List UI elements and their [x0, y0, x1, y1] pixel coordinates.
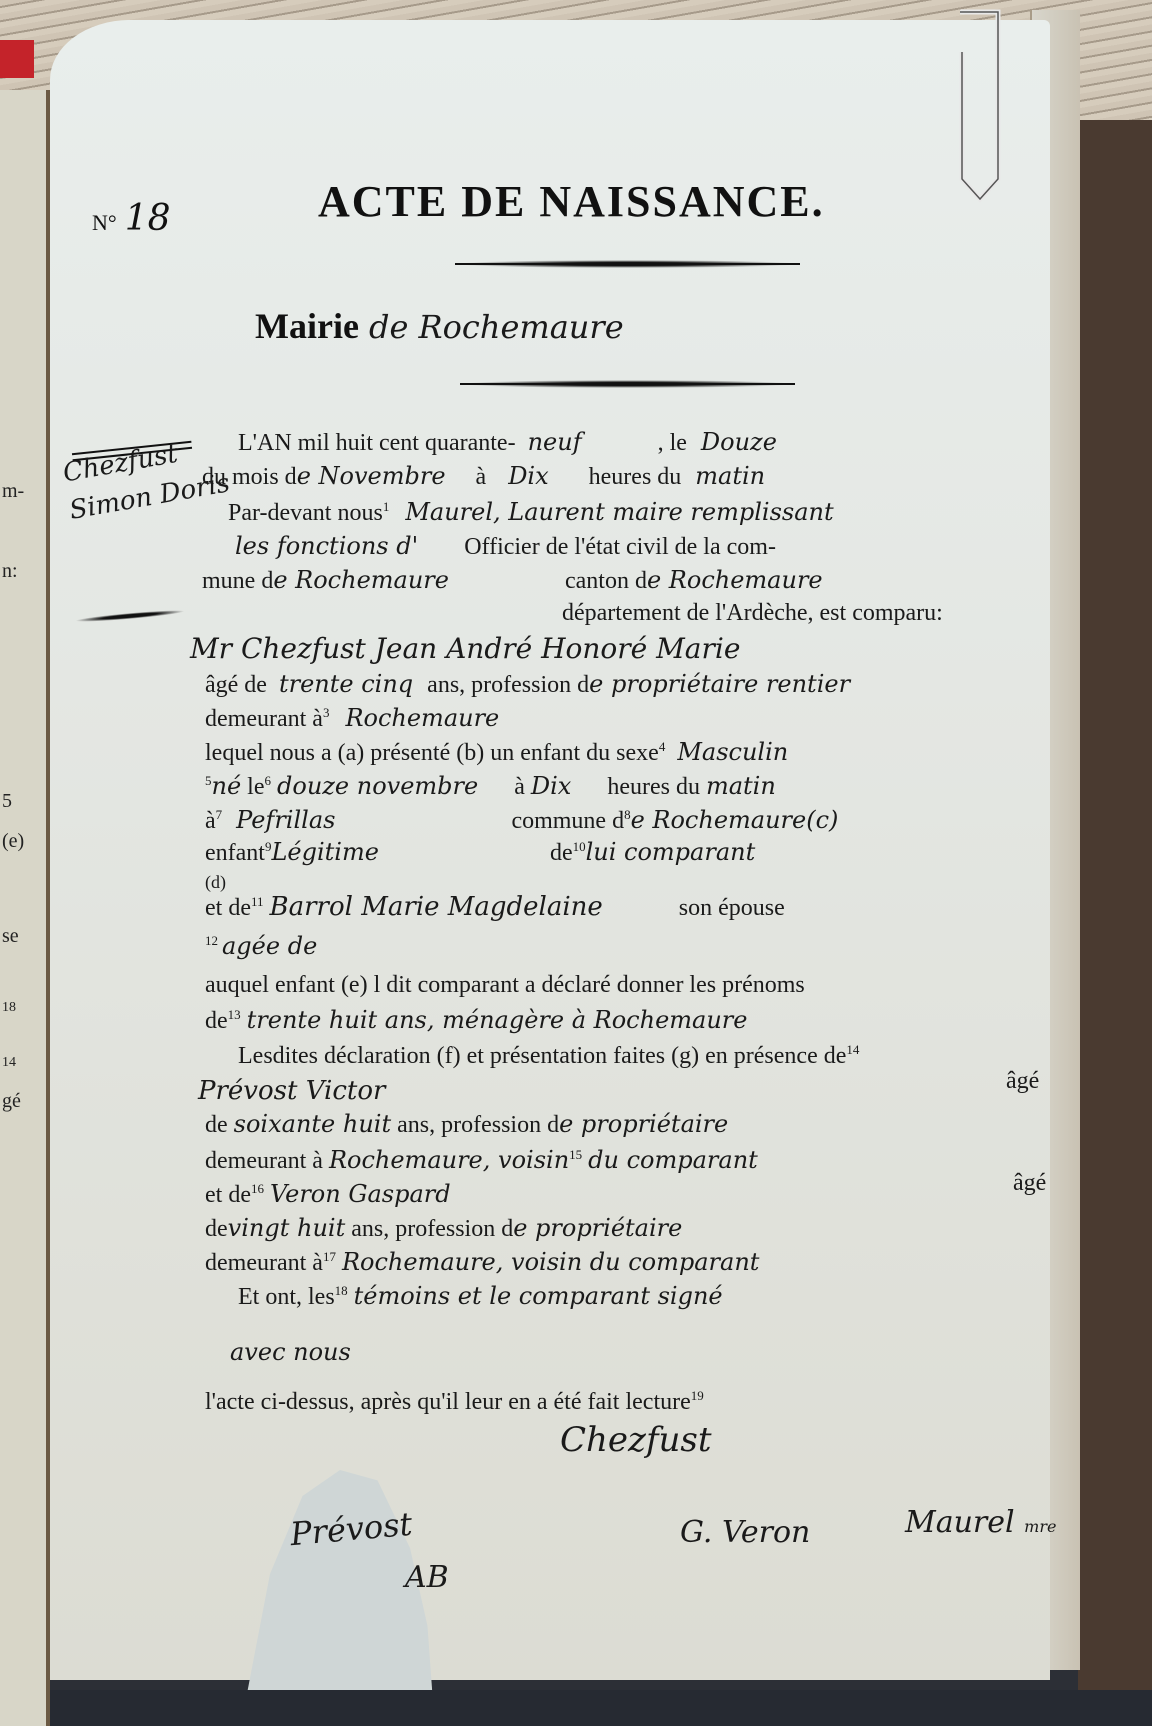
printed-text: , le: [658, 430, 687, 456]
handwritten-text: né: [212, 772, 242, 800]
footnote-marker: 17: [323, 1249, 336, 1264]
text-line: âgé de trente cinq ans, profession de pr…: [205, 670, 850, 699]
text-line: enfant9Légitime de10lui comparant: [205, 838, 755, 867]
handwritten-text: e Rochemaure(c): [631, 806, 839, 834]
printed-text: demeurant à: [205, 706, 323, 732]
left-fragment: m-: [2, 480, 24, 503]
red-bookmark-tab: [0, 40, 34, 78]
footnote-marker: 10: [573, 839, 586, 854]
handwritten-text: e propriétaire rentier: [589, 670, 850, 698]
handwritten-text: Rochemaure: [345, 704, 499, 732]
handwritten-text: vingt huit: [228, 1214, 346, 1242]
printed-text: le: [247, 774, 264, 800]
paperclip-icon: [952, 4, 1012, 212]
left-fragment: se: [2, 925, 19, 948]
signature-father: Chezfust: [560, 1420, 712, 1460]
text-line: les fonctions d' Officier de l'état civi…: [235, 532, 776, 561]
printed-text: et de: [205, 895, 251, 921]
printed-text: Et ont, les: [238, 1284, 335, 1310]
handwritten-text: trente huit ans, ménagère à Rochemaure: [247, 1006, 748, 1034]
footnote-marker: 12: [205, 933, 218, 948]
handwritten-text: Douze: [701, 428, 777, 456]
handwritten-text: trente cinq: [279, 670, 413, 698]
printed-text: Officier de l'état civil de la com-: [464, 534, 776, 560]
handwritten-text: e Novembre: [297, 462, 446, 490]
left-page: m- n: 5 (e) se 18 14 gé: [0, 90, 50, 1726]
text-line: de soixante huit ans, profession de prop…: [205, 1110, 728, 1139]
footnote-marker: 16: [251, 1181, 264, 1196]
ornament-divider: [460, 380, 795, 388]
printed-text: du mois d: [202, 464, 297, 490]
left-fragment: 18: [2, 1000, 16, 1016]
printed-text: lequel nous a (a) présenté (b) un enfant…: [205, 740, 659, 766]
footnote-marker: 7: [216, 807, 223, 822]
handwritten-text: e Rochemaure: [647, 566, 823, 594]
text-line: demeurant à Rochemaure, voisin15 du comp…: [205, 1146, 758, 1175]
printed-text: mune d: [202, 568, 273, 594]
footnote-marker: 11: [251, 894, 264, 909]
handwritten-text: agée de: [222, 932, 317, 960]
book-edge-dark: [1078, 120, 1152, 1720]
printed-text: L'AN mil huit cent quarante-: [238, 430, 516, 456]
printed-text: son épouse: [679, 895, 785, 921]
handwritten-text: lui comparant: [586, 838, 756, 866]
handwritten-text: Veron Gaspard: [270, 1180, 451, 1208]
footnote-marker: 3: [323, 705, 330, 720]
handwritten-text: douze novembre: [277, 772, 478, 800]
number-value: 18: [125, 198, 171, 239]
handwritten-text: e propriétaire: [513, 1214, 682, 1242]
printed-text: de: [205, 1008, 228, 1034]
printed-text: âgé de: [205, 672, 267, 698]
footnote-marker: 15: [569, 1147, 582, 1162]
handwritten-text: Mr Chezfust Jean André Honoré Marie: [190, 632, 740, 665]
printed-text: âgé: [1013, 1170, 1046, 1197]
left-fragment: 14: [2, 1055, 16, 1071]
printed-text: département de l'Ardèche, est comparu:: [562, 600, 943, 626]
text-line: Lesdites déclaration (f) et présentation…: [238, 1042, 859, 1070]
printed-text: commune d: [511, 808, 624, 834]
handwritten-text: matin: [706, 772, 776, 800]
handwritten-text: Dix: [531, 772, 571, 800]
book-cover-bottom: [50, 1690, 1152, 1726]
page-title: ACTE DE NAISSANCE.: [318, 176, 825, 227]
printed-text: à: [205, 808, 216, 834]
handwritten-text: Rochemaure, voisin: [329, 1146, 569, 1174]
printed-text: Par-devant nous: [228, 500, 383, 526]
handwritten-text: témoins et le comparant signé: [354, 1282, 723, 1310]
text-line: Prévost Victor âgé: [198, 1076, 385, 1106]
text-line: 5né le6 douze novembre à Dix heures du m…: [205, 772, 776, 801]
printed-text: ans, profession d: [427, 672, 589, 698]
text-line: auquel enfant (e) l dit comparant a décl…: [205, 972, 805, 999]
text-line: L'AN mil huit cent quarante- neuf , le D…: [238, 428, 777, 457]
text-line: demeurant à17 Rochemaure, voisin du comp…: [205, 1248, 759, 1277]
text-line: et de16 Veron Gaspard âgé: [205, 1180, 451, 1209]
mayor-name: Maurel: [905, 1505, 1015, 1540]
printed-text: l'acte ci-dessus, après qu'il leur en a …: [205, 1389, 691, 1415]
signature-mayor: Maurel mre: [905, 1505, 1056, 1540]
handwritten-text: e propriétaire: [559, 1110, 728, 1138]
mayor-title: mre: [1024, 1517, 1056, 1536]
number-label: N°: [92, 210, 117, 235]
handwritten-text: Légitime: [271, 838, 378, 866]
text-line: demeurant à3 Rochemaure: [205, 704, 499, 733]
text-line: à7 Pefrillas commune d8e Rochemaure(c): [205, 806, 838, 835]
text-line: département de l'Ardèche, est comparu:: [562, 600, 943, 627]
left-fragment: n:: [2, 560, 18, 583]
text-line: de13 trente huit ans, ménagère à Rochema…: [205, 1006, 747, 1035]
printed-text: de: [550, 840, 573, 866]
printed-text: de: [205, 1112, 228, 1138]
footnote-marker: 6: [265, 773, 272, 788]
footnote-marker: 14: [846, 1042, 859, 1057]
printed-text: heures du: [607, 774, 700, 800]
printed-text: enfant: [205, 840, 265, 866]
handwritten-text: soixante huit: [234, 1110, 391, 1138]
printed-text: ans, profession d: [351, 1216, 513, 1242]
text-line: 12agée de: [205, 932, 317, 961]
footnote-marker: 18: [335, 1283, 348, 1298]
printed-text: demeurant à: [205, 1250, 323, 1276]
mairie-label: Mairie: [255, 306, 359, 346]
text-line: mune de Rochemaure canton de Rochemaure: [202, 566, 823, 595]
text-line: et de11 Barrol Marie Magdelaine son épou…: [205, 892, 785, 922]
footnote-marker: 13: [228, 1007, 241, 1022]
printed-text: demeurant à: [205, 1148, 323, 1174]
text-line: Et ont, les18 témoins et le comparant si…: [238, 1282, 723, 1311]
handwritten-text: avec nous: [230, 1338, 351, 1366]
text-line: Mr Chezfust Jean André Honoré Marie: [190, 632, 740, 665]
printed-text: à: [476, 464, 487, 490]
printed-text: ans, profession d: [397, 1112, 559, 1138]
text-line: l'acte ci-dessus, après qu'il leur en a …: [205, 1388, 704, 1416]
act-number: N°18: [92, 198, 171, 239]
handwritten-text: Rochemaure, voisin du comparant: [342, 1248, 760, 1276]
left-fragment: (e): [2, 830, 24, 853]
printed-text: (d): [205, 872, 226, 892]
handwritten-text: neuf: [528, 428, 582, 456]
printed-text: âgé: [1006, 1068, 1039, 1095]
footnote-marker: 1: [383, 499, 390, 514]
handwritten-text: du comparant: [588, 1146, 758, 1174]
text-line: (d): [205, 872, 226, 893]
ornament-divider: [455, 260, 800, 268]
handwritten-text: e Rochemaure: [273, 566, 449, 594]
printed-text: Lesdites déclaration (f) et présentation…: [238, 1043, 846, 1069]
handwritten-text: Masculin: [677, 738, 788, 766]
mairie-heading: Mairiede Rochemaure: [255, 305, 624, 347]
mairie-value: de Rochemaure: [369, 308, 624, 346]
handwritten-text: les fonctions d': [235, 532, 418, 560]
printed-text: et de: [205, 1182, 251, 1208]
signature-witness-2: G. Veron: [680, 1515, 810, 1550]
footnote-marker: 4: [659, 739, 666, 754]
left-fragment: gé: [2, 1090, 21, 1113]
footnote-marker: 19: [691, 1388, 704, 1403]
handwritten-text: Prévost Victor: [198, 1076, 385, 1106]
printed-text: à: [514, 774, 525, 800]
text-line: avec nous: [230, 1338, 351, 1367]
text-line: devingt huit ans, profession de propriét…: [205, 1214, 682, 1243]
handwritten-text: Barrol Marie Magdelaine: [270, 892, 603, 922]
handwritten-text: matin: [695, 462, 765, 490]
printed-text: auquel enfant (e) l dit comparant a décl…: [205, 972, 805, 998]
printed-text: canton d: [565, 568, 647, 594]
text-line: du mois de Novembre à Dix heures du mati…: [202, 462, 765, 491]
handwritten-text: Pefrillas: [236, 806, 335, 834]
handwritten-text: Maurel, Laurent maire remplissant: [405, 498, 833, 526]
text-line: lequel nous a (a) présenté (b) un enfant…: [205, 738, 788, 767]
printed-text: heures du: [589, 464, 682, 490]
printed-text: de: [205, 1216, 228, 1242]
handwritten-text: Dix: [508, 462, 548, 490]
left-fragment: 5: [2, 790, 12, 813]
signature-initials: AB: [405, 1560, 449, 1595]
text-line: Par-devant nous1 Maurel, Laurent maire r…: [228, 498, 834, 527]
